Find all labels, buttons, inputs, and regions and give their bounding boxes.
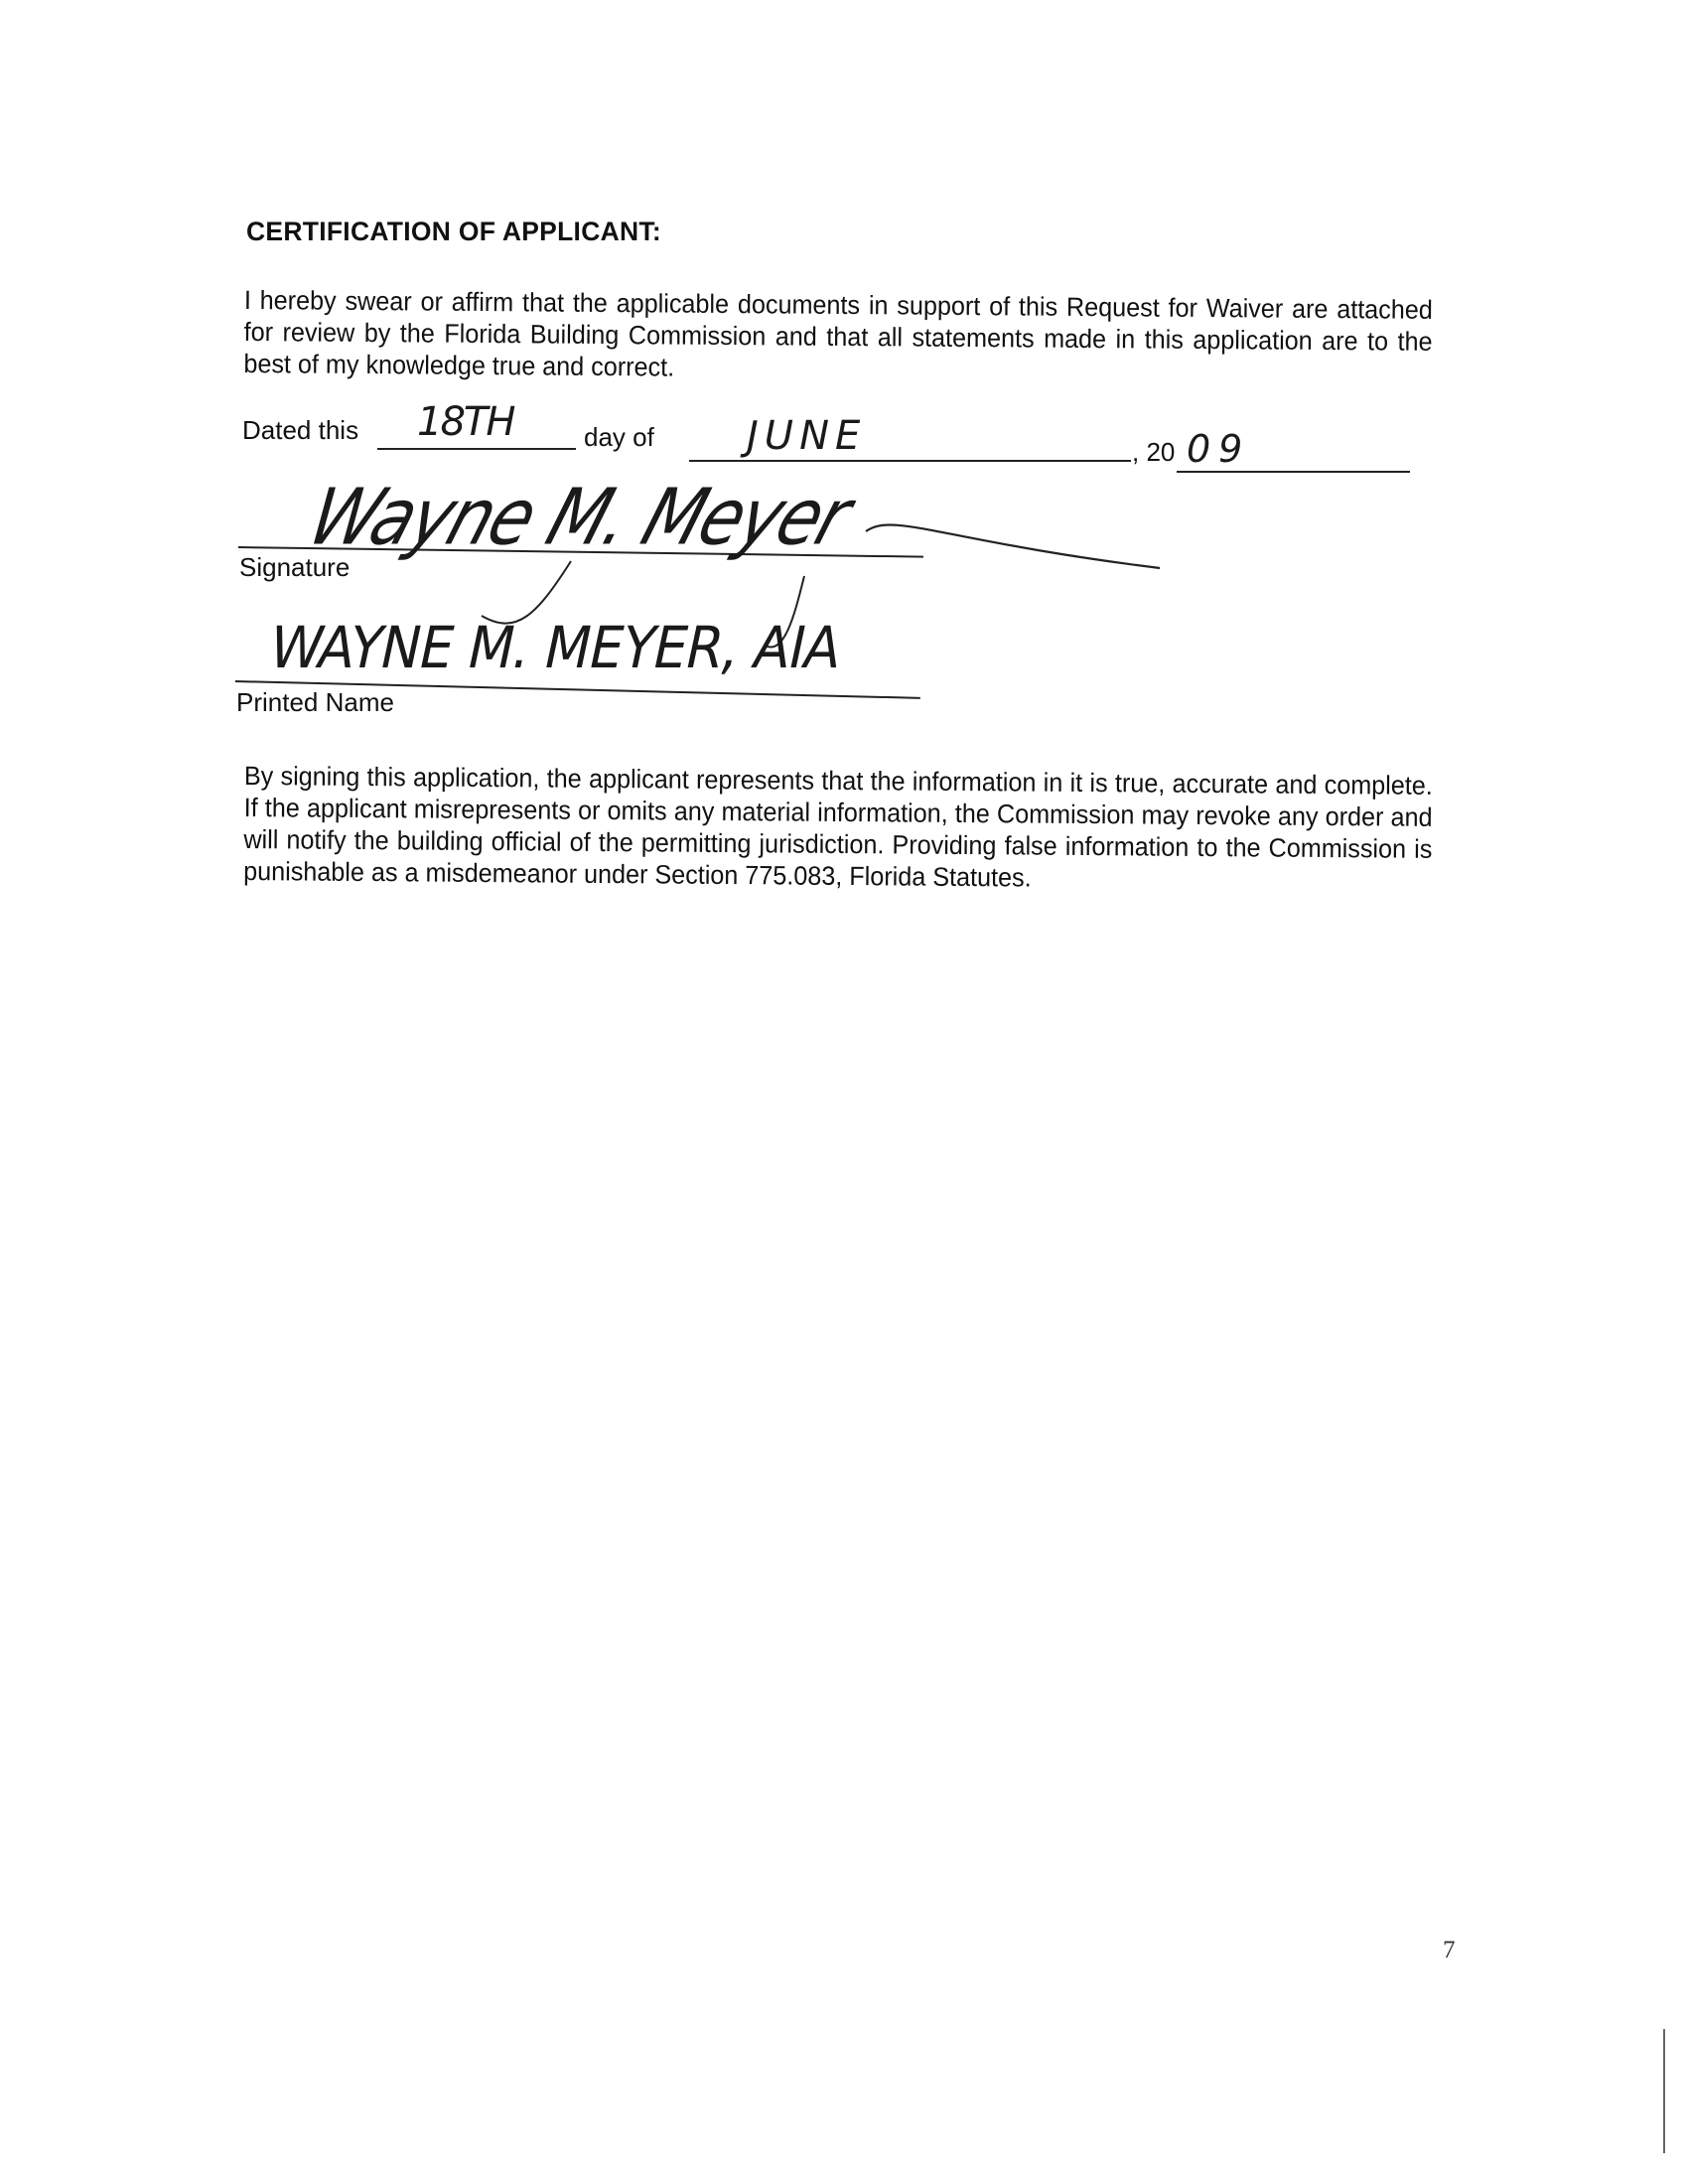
printed-name-field[interactable]: WAYNE M. MEYER, AIA <box>263 614 847 681</box>
applicant-representation-paragraph: By signing this application, the applica… <box>243 760 1433 897</box>
printed-name-handwriting: WAYNE M. MEYER, AIA <box>263 614 847 681</box>
scan-edge-line <box>1663 2029 1665 2153</box>
printed-name-label: Printed Name <box>236 687 394 718</box>
page-number: 7 <box>1443 1937 1456 1965</box>
signature-flourish <box>0 0 1688 795</box>
